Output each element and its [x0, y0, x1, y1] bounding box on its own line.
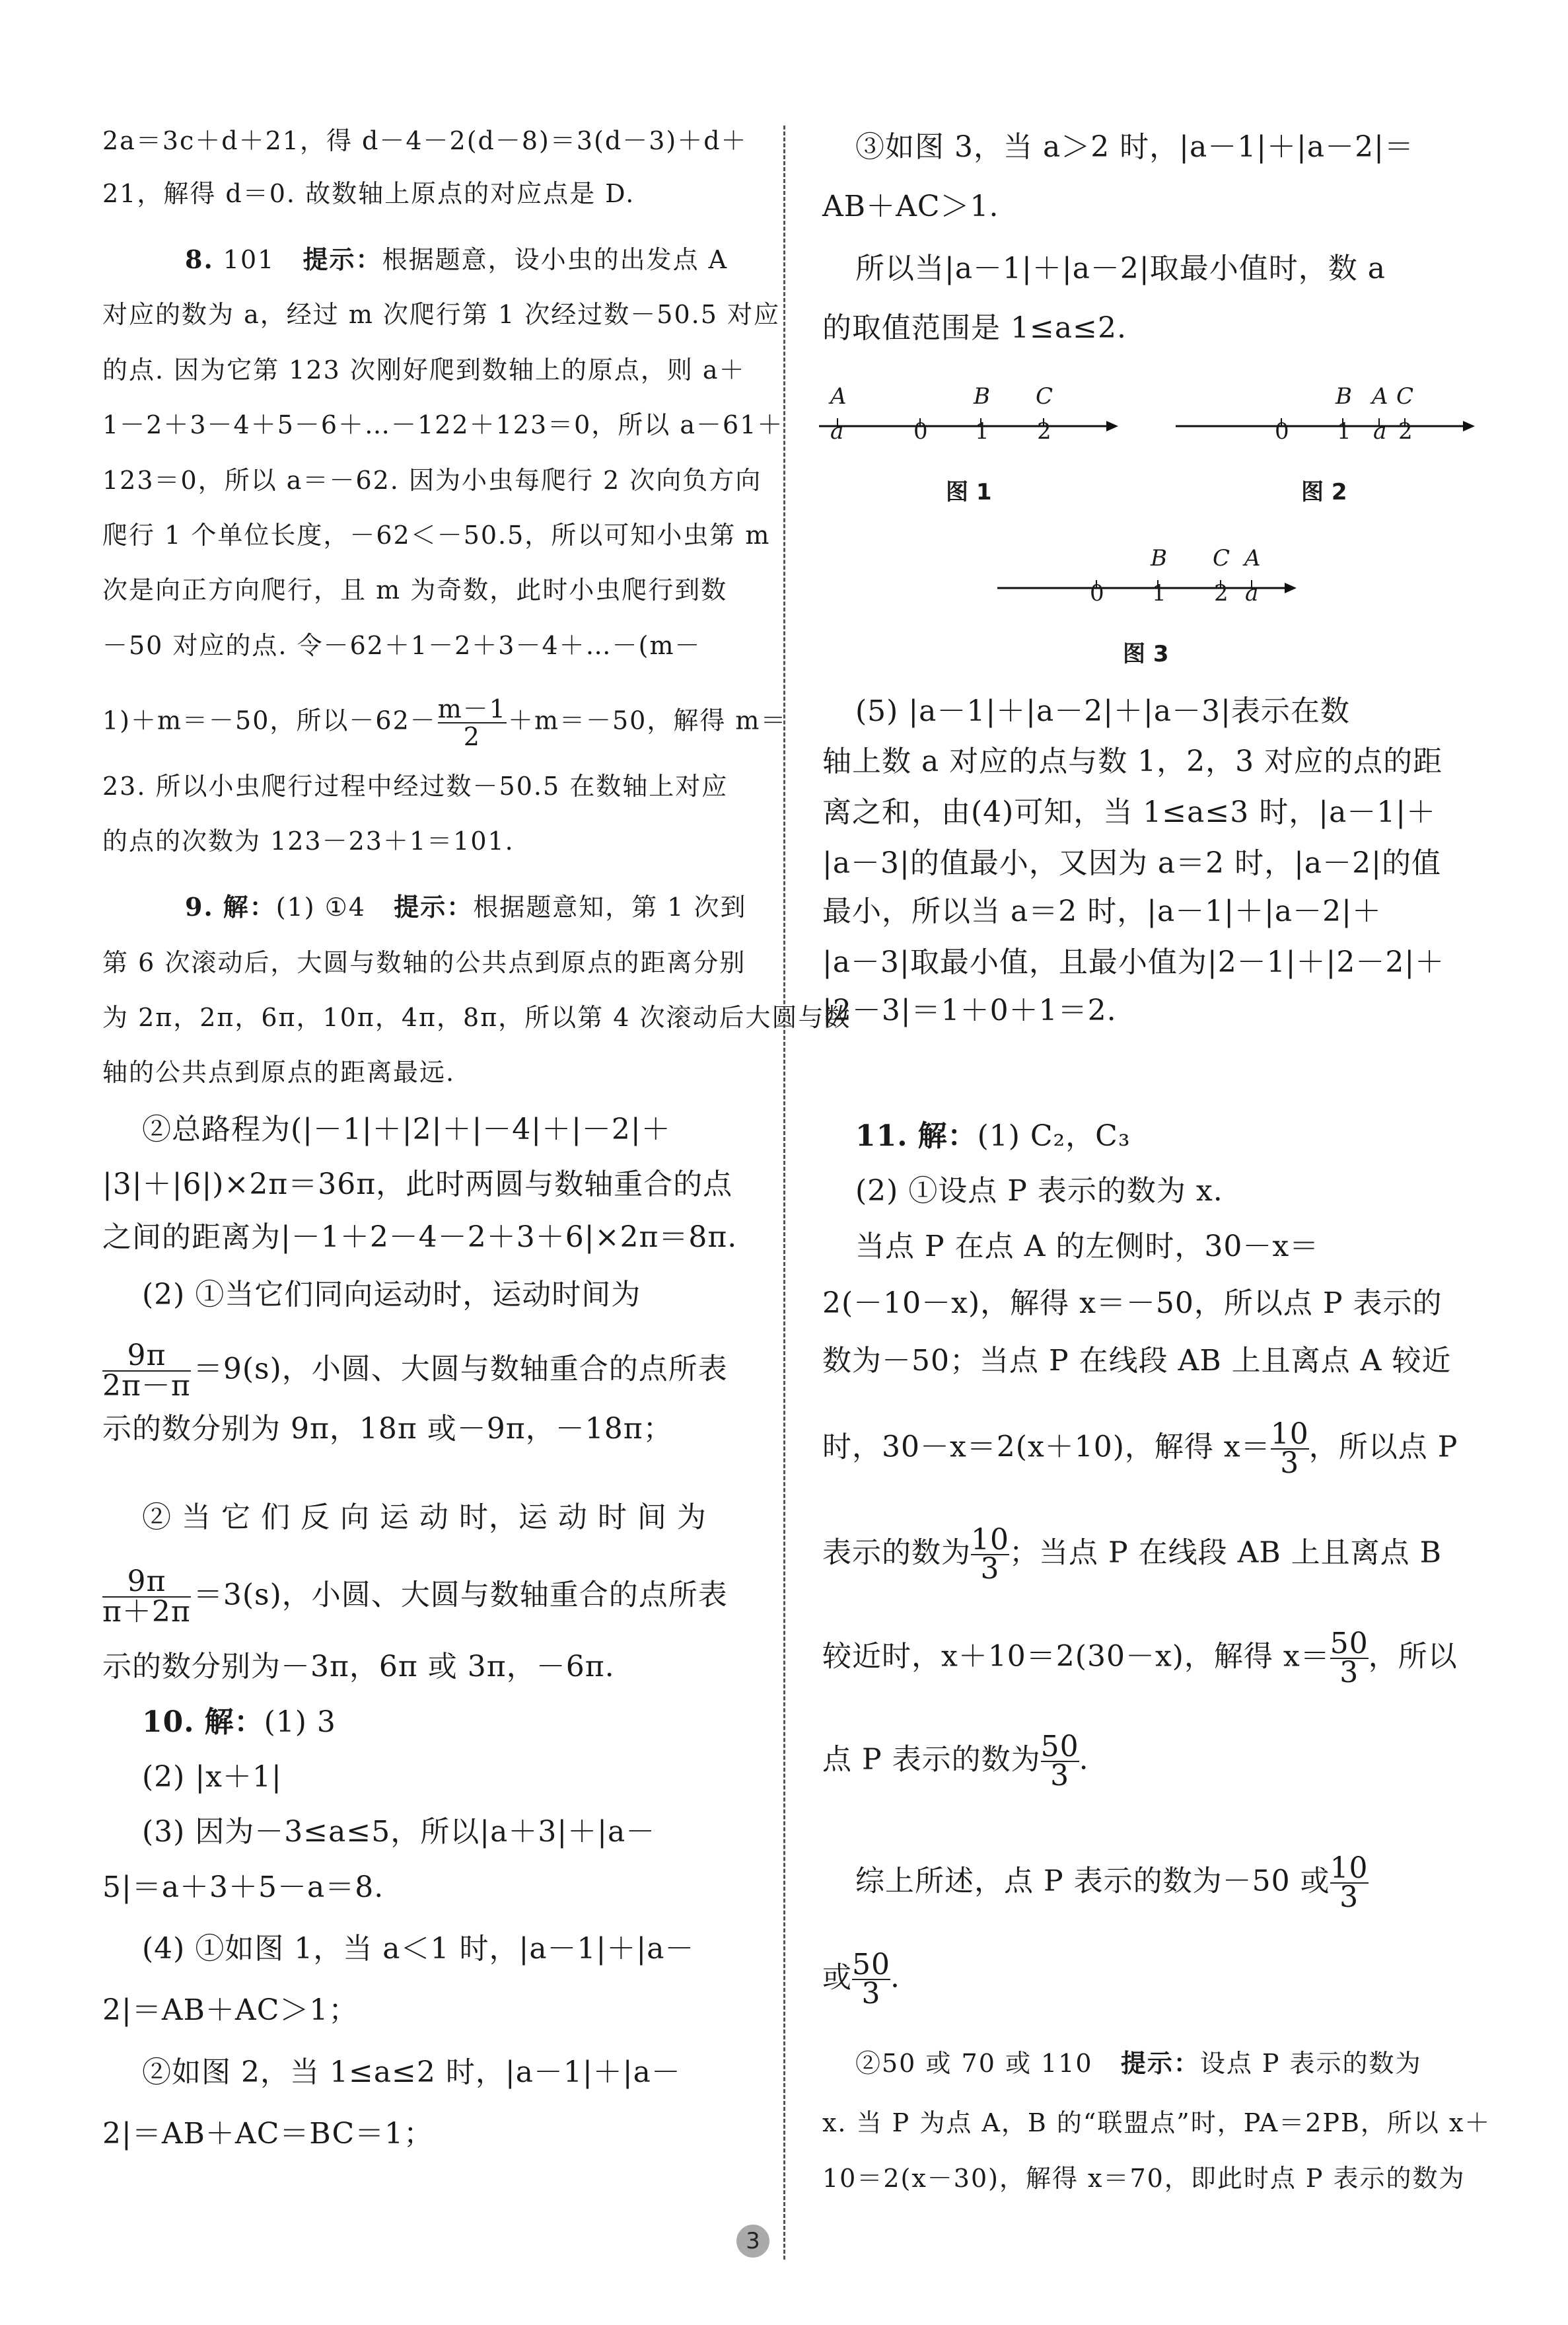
- tick-label: 2: [1037, 418, 1051, 445]
- fraction-numerator: 50: [852, 1951, 890, 1980]
- fraction-numerator: m－1: [438, 696, 507, 723]
- text-line: 轴上数 a 对应的点与数 1，2，3 对应的点的距: [822, 742, 1476, 782]
- point-label: B: [1151, 545, 1167, 572]
- fraction-denominator: 3: [1271, 1450, 1309, 1477]
- fraction-line: 9ππ＋2π＝3(s)，小圆、大圆与数轴重合的点所表: [102, 1567, 756, 1627]
- fraction-line: 9π2π－π＝9(s)，小圆、大圆与数轴重合的点所表: [102, 1341, 756, 1401]
- fraction-line: 较近时，x＋10＝2(30－x)，解得 x＝503，所以: [822, 1630, 1476, 1687]
- point-label: B: [1336, 383, 1352, 410]
- point-label: C: [1213, 545, 1230, 572]
- text-line: 的点. 因为它第 123 次刚好爬到数轴上的原点，则 a＋: [102, 350, 756, 390]
- text-line: (5) |a－1|＋|a－2|＋|a－3|表示在数: [822, 692, 1509, 731]
- text-line: 21，解得 d＝0. 故数轴上原点的对应点是 D.: [102, 174, 756, 213]
- fraction-numerator: 10: [971, 1526, 1009, 1555]
- answer-11-line: 11. 解：(1) C₂，C₃: [822, 1117, 1509, 1156]
- text-segment: ；当点 P 在线段 AB 上且离点 B: [1009, 1536, 1442, 1570]
- fraction-denominator: 3: [1330, 1659, 1369, 1687]
- point-label: C: [1036, 383, 1053, 410]
- text-segment: 点 P 表示的数为: [822, 1743, 1041, 1777]
- fraction-denominator: 2: [438, 723, 507, 750]
- hint-text: 根据题意知，第 1 次到: [473, 893, 746, 922]
- text-segment: 综上所述，点 P 表示的数为－50 或: [855, 1864, 1330, 1898]
- answer-9-line: 9. 解：(1) ①4 提示：根据题意知，第 1 次到: [102, 887, 839, 927]
- text-line: 10＝2(x－30)，解得 x＝70，即此时点 P 表示的数为: [822, 2159, 1476, 2198]
- solution-label: 解：: [223, 893, 276, 922]
- text-segment: 较近时，x＋10＝2(30－x)，解得 x＝: [822, 1640, 1330, 1674]
- text-segment: 时，30－x＝2(x＋10)，解得 x＝: [822, 1430, 1271, 1464]
- hint-label: 提示：: [394, 893, 473, 922]
- text-segment: 1)＋m＝－50，所以－62－: [102, 706, 437, 735]
- tick-label: 0: [1275, 418, 1289, 445]
- text-line: 轴的公共点到原点的距离最远.: [102, 1052, 756, 1092]
- answer-10-line: 10. 解：(1) 3: [102, 1703, 796, 1742]
- text-line: 当点 P 在点 A 的左侧时，30－x＝: [822, 1227, 1509, 1267]
- question-number: 9.: [185, 892, 214, 922]
- fraction-numerator: 50: [1041, 1733, 1079, 1762]
- answer-value: (1) 3: [264, 1705, 336, 1739]
- text-line: |a－3|取最小值，且最小值为|2－1|＋|2－2|＋: [822, 943, 1476, 982]
- fraction-line: 1)＋m＝－50，所以－62－m－12＋m＝－50，解得 m＝: [102, 696, 756, 750]
- number-line-figure-2: [1172, 380, 1476, 453]
- number-line-figure-1: [816, 380, 1120, 453]
- text-line: 第 6 次滚动后，大圆与数轴的公共点到原点的距离分别: [102, 943, 756, 982]
- text-line: |2－3|＝1＋0＋1＝2.: [822, 991, 1476, 1031]
- text-line: 23. 所以小虫爬行过程中经过数－50.5 在数轴上对应: [102, 766, 756, 806]
- fraction-numerator: 10: [1271, 1421, 1309, 1450]
- tick-label: 2: [1398, 418, 1413, 445]
- text-line: －50 对应的点. 令－62＋1－2＋3－4＋…－(m－: [102, 626, 756, 665]
- fraction-line: 表示的数为103；当点 P 在线段 AB 上且离点 B: [822, 1526, 1476, 1583]
- fraction-denominator: 3: [852, 1980, 890, 2008]
- point-label: A: [1372, 383, 1388, 410]
- text-line: 123＝0，所以 a＝－62. 因为小虫每爬行 2 次向负方向: [102, 461, 756, 500]
- point-label: A: [830, 383, 847, 410]
- text-segment: ＝9(s)，小圆、大圆与数轴重合的点所表: [194, 1352, 728, 1386]
- text-line: 为 2π，2π，6π，10π，4π，8π，所以第 4 次滚动后大圆与数: [102, 998, 756, 1037]
- text-line: (2) ①当它们同向运动时，运动时间为: [102, 1275, 796, 1315]
- text-line: (3) 因为－3≤a≤5，所以|a＋3|＋|a－: [102, 1812, 796, 1852]
- fraction-denominator: π＋2π: [102, 1598, 191, 1627]
- hint-label: 提示：: [1121, 2049, 1200, 2078]
- text-line: 数为－50；当点 P 在线段 AB 上且离点 A 较近: [822, 1341, 1476, 1381]
- text-line: 爬行 1 个单位长度，－62＜－50.5，所以可知小虫第 m: [102, 515, 756, 555]
- question-number: 8.: [185, 244, 214, 274]
- text-line: 2a＝3c＋d＋21，得 d－4－2(d－8)＝3(d－3)＋d＋: [102, 121, 756, 161]
- text-segment: 表示的数为: [822, 1536, 971, 1570]
- tick-label: 1: [975, 418, 989, 445]
- page-number-badge: 3: [736, 2225, 769, 2258]
- fraction-line: 或503.: [822, 1951, 1476, 2008]
- fraction-denominator: 3: [1330, 1884, 1369, 1911]
- answer-11-2-line: ②50 或 70 或 110 提示：设点 P 表示的数为: [822, 2044, 1509, 2083]
- fraction-numerator: 9π: [102, 1567, 191, 1598]
- text-line: 1－2＋3－4＋5－6＋…－122＋123＝0，所以 a－61＋: [102, 405, 756, 445]
- text-line: (2) |x＋1|: [102, 1757, 796, 1797]
- text-line: 2|＝AB＋AC＝BC＝1；: [102, 2114, 756, 2154]
- fraction-line: 时，30－x＝2(x＋10)，解得 x＝103，所以点 P: [822, 1421, 1476, 1477]
- tick-label: a: [1373, 418, 1386, 445]
- solution-label: 解：: [205, 1705, 264, 1739]
- point-label: A: [1244, 545, 1261, 572]
- tick-label: a: [1245, 580, 1258, 607]
- hint-text: 设点 P 表示的数为: [1200, 2049, 1422, 2078]
- text-segment: ＋m＝－50，解得 m＝: [508, 706, 787, 735]
- text-line: 2(－10－x)，解得 x＝－50，所以点 P 表示的: [822, 1284, 1476, 1323]
- tick-label: 2: [1214, 580, 1229, 607]
- tick-label: 1: [1337, 418, 1351, 445]
- question-number: 11.: [855, 1119, 908, 1153]
- text-line: 最小，所以当 a＝2 时，|a－1|＋|a－2|＋: [822, 892, 1476, 932]
- tick-label: a: [830, 418, 843, 445]
- text-line: 所以当|a－1|＋|a－2|取最小值时，数 a: [822, 249, 1509, 289]
- text-line: 对应的数为 a，经过 m 次爬行第 1 次经过数－50.5 对应: [102, 295, 756, 334]
- text-segment: ，所以: [1369, 1640, 1458, 1674]
- answer-value: (1) ①4: [276, 893, 366, 922]
- hint-text: 根据题意，设小虫的出发点 A: [382, 245, 729, 274]
- fraction-denominator: 3: [971, 1555, 1009, 1583]
- text-line: 示的数分别为 9π，18π 或－9π，－18π；: [102, 1409, 756, 1449]
- fraction-line: 综上所述，点 P 表示的数为－50 或103: [822, 1855, 1509, 1911]
- text-segment: ＝3(s)，小圆、大圆与数轴重合的点所表: [194, 1578, 728, 1612]
- text-line: 离之和，由(4)可知，当 1≤a≤3 时，|a－1|＋: [822, 793, 1476, 832]
- tick-label: 0: [1090, 580, 1104, 607]
- text-line: 的取值范围是 1≤a≤2.: [822, 309, 1476, 348]
- text-line: 次是向正方向爬行，且 m 为奇数，此时小虫爬行到数: [102, 570, 756, 610]
- text-line: 示的数分别为－3π，6π 或 3π，－6π.: [102, 1647, 756, 1687]
- figure-caption: 图 3: [1123, 636, 1169, 668]
- fraction-denominator: 3: [1041, 1762, 1079, 1790]
- text-line: 2|＝AB＋AC＞1；: [102, 1991, 756, 2030]
- fraction-line: 点 P 表示的数为503.: [822, 1733, 1476, 1790]
- answer-value: ②50 或 70 或 110: [855, 2049, 1093, 2078]
- text-line: |a－3|的值最小，又因为 a＝2 时，|a－2|的值: [822, 844, 1476, 883]
- text-line: x. 当 P 为点 A，B 的“联盟点”时，PA＝2PB，所以 x＋: [822, 2103, 1476, 2143]
- fraction-numerator: 50: [1330, 1630, 1369, 1659]
- figure-caption: 图 2: [1301, 474, 1347, 506]
- text-line: 5|＝a＋3＋5－a＝8.: [102, 1868, 756, 1907]
- text-line: ② 当 它 们 反 向 运 动 时，运 动 时 间 为: [102, 1498, 796, 1537]
- fraction-numerator: 9π: [102, 1341, 191, 1372]
- hint-label: 提示：: [303, 245, 382, 274]
- text-segment: .: [1079, 1743, 1089, 1777]
- point-label: B: [974, 383, 990, 410]
- text-line: |3|＋|6|)×2π＝36π，此时两圆与数轴重合的点: [102, 1165, 756, 1204]
- text-line: 之间的距离为|－1＋2－4－2＋3＋6|×2π＝8π.: [102, 1218, 756, 1257]
- fraction-numerator: 10: [1330, 1855, 1369, 1884]
- fraction-denominator: 2π－π: [102, 1372, 191, 1401]
- solution-label: 解：: [918, 1119, 978, 1153]
- text-segment: ，所以点 P: [1309, 1430, 1458, 1464]
- text-line: ②总路程为(|－1|＋|2|＋|－4|＋|－2|＋: [102, 1110, 796, 1150]
- question-number: 10.: [142, 1705, 195, 1739]
- answer-value: (1) C₂，C₃: [978, 1119, 1131, 1153]
- answer-value: 101: [223, 245, 275, 274]
- tick-label: 0: [913, 418, 928, 445]
- tick-label: 1: [1152, 580, 1166, 607]
- text-segment: .: [890, 1961, 900, 1995]
- figure-caption: 图 1: [946, 474, 992, 506]
- text-line: ③如图 3，当 a＞2 时，|a－1|＋|a－2|＝: [822, 128, 1509, 167]
- text-segment: 或: [822, 1961, 852, 1995]
- text-line: ②如图 2，当 1≤a≤2 时，|a－1|＋|a－: [102, 2053, 796, 2092]
- text-line: 的点的次数为 123－23＋1＝101.: [102, 821, 756, 861]
- answer-8-line: 8. 101 提示：根据题意，设小虫的出发点 A: [102, 240, 839, 279]
- text-line: (4) ①如图 1，当 a＜1 时，|a－1|＋|a－: [102, 1929, 796, 1969]
- text-line: AB＋AC＞1.: [822, 187, 1476, 227]
- point-label: C: [1396, 383, 1413, 410]
- text-line: (2) ①设点 P 表示的数为 x.: [822, 1171, 1509, 1211]
